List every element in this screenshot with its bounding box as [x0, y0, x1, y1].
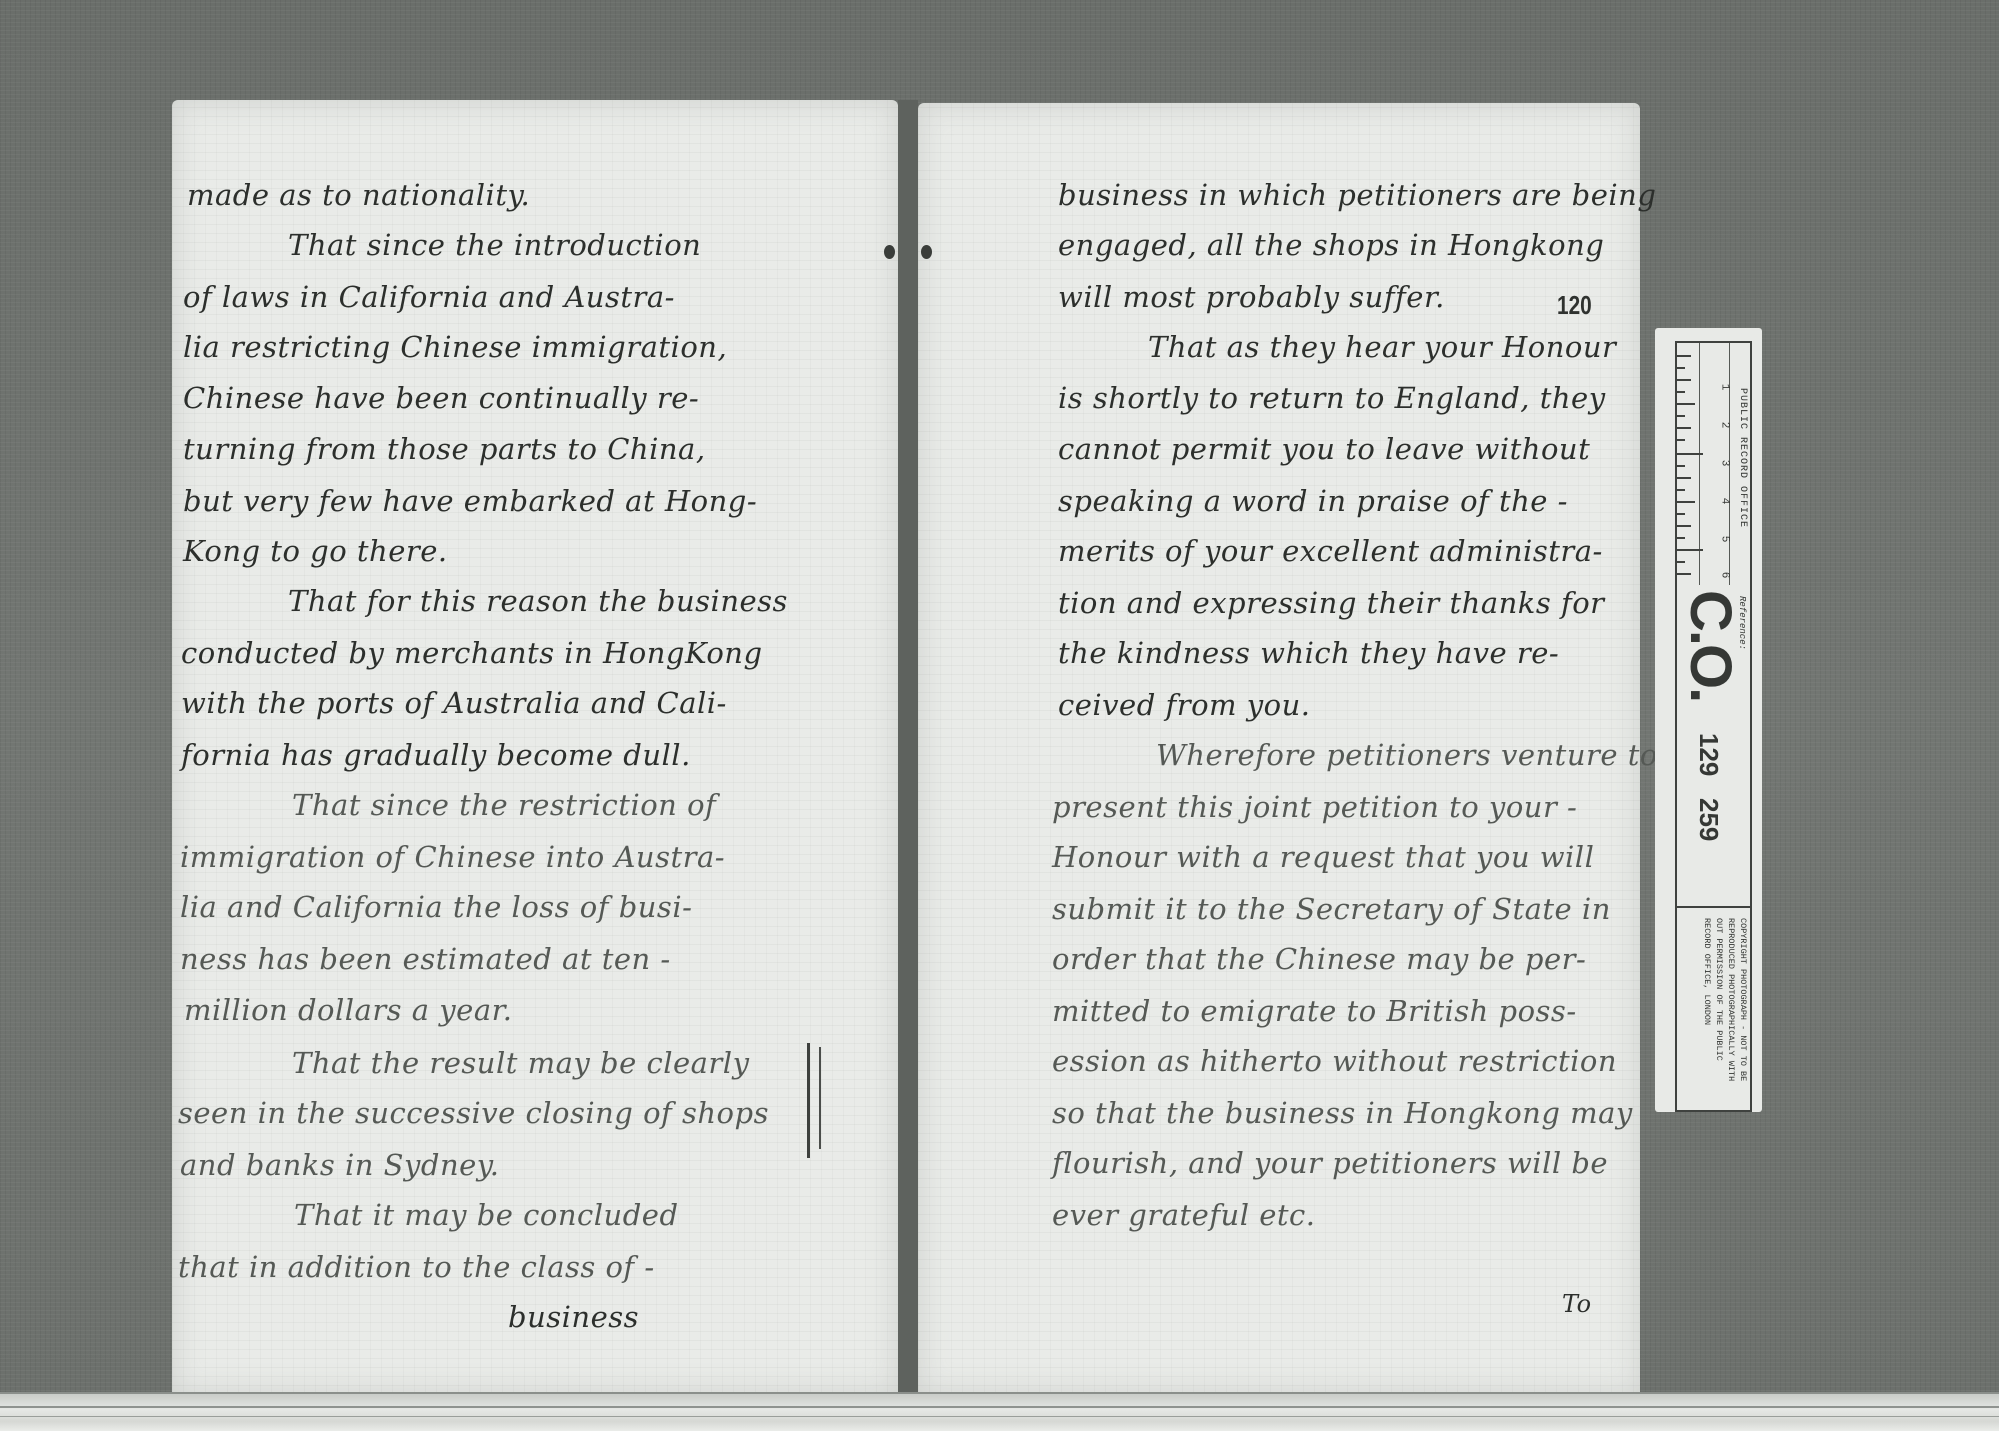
text-line: that in addition to the class of - [178, 1250, 655, 1284]
text-line: ness has been estimated at ten - [180, 942, 671, 976]
text-line: engaged, all the shops in Hongkong [1058, 228, 1604, 262]
text-line: mitted to emigrate to British poss- [1052, 994, 1577, 1028]
text-line: That for this reason the business [288, 584, 788, 618]
punch-hole-left [884, 245, 895, 259]
margin-mark [807, 1043, 810, 1158]
copyright-line: RECORD OFFICE, LONDON [1701, 918, 1712, 1025]
text-line: will most probably suffer. [1058, 280, 1445, 314]
text-line: That since the restriction of [292, 788, 716, 822]
text-line: of laws in California and Austra- [183, 280, 675, 314]
catchword: business [508, 1300, 639, 1334]
text-line: million dollars a year. [184, 993, 513, 1027]
binding-gutter [898, 100, 918, 1395]
folio-number: 120 [1557, 290, 1592, 321]
punch-hole-right [921, 245, 932, 259]
ruler-number: 5 [1718, 536, 1730, 543]
copyright-line: REPRODUCED PHOTOGRAPHICALLY WITH [1725, 918, 1736, 1081]
text-line: immigration of Chinese into Austra- [180, 840, 725, 874]
text-line: conducted by merchants in HongKong [181, 636, 763, 670]
scan-bottom-edge [0, 1392, 1999, 1431]
ruler-label: PUBLIC RECORD OFFICE [1737, 388, 1748, 528]
ruler-number: 3 [1718, 460, 1730, 467]
ruler-number: 6 [1718, 572, 1730, 579]
series-code: C.O. [1677, 590, 1744, 701]
text-line: That the result may be clearly [292, 1046, 749, 1080]
text-line: lia restricting Chinese immigration, [183, 330, 727, 364]
ruler-number: 4 [1718, 498, 1730, 505]
divider [1675, 906, 1752, 908]
text-line: Chinese have been continually re- [183, 381, 699, 415]
text-line: so that the business in Hongkong may [1052, 1096, 1633, 1130]
text-line: ever grateful etc. [1052, 1198, 1316, 1232]
text-line: made as to nationality. [187, 178, 530, 212]
text-line: cannot permit you to leave without [1058, 432, 1590, 466]
text-line: fornia has gradually become dull. [181, 738, 691, 772]
text-line: turning from those parts to China, [183, 432, 706, 466]
catchword: To [1562, 1290, 1592, 1318]
text-line: Kong to go there. [183, 534, 448, 568]
text-line: merits of your excellent administra- [1058, 534, 1603, 568]
text-line: Wherefore petitioners venture to [1156, 738, 1658, 772]
copyright-line: OUT PERMISSION OF THE PUBLIC [1713, 918, 1724, 1061]
reference-strip: 1 2 3 4 5 6 PUBLIC RECORD OFFICE Referen… [1655, 328, 1762, 1112]
text-line: seen in the successive closing of shops [178, 1096, 769, 1130]
text-line: tion and expressing their thanks for [1058, 586, 1605, 620]
text-line: speaking a word in praise of the - [1058, 484, 1568, 518]
ruler-number: 1 [1718, 384, 1730, 391]
text-line: is shortly to return to England, they [1058, 381, 1606, 415]
text-line: business in which petitioners are being [1058, 178, 1656, 212]
text-line: ession as hitherto without restriction [1052, 1044, 1617, 1078]
margin-mark [819, 1047, 821, 1149]
item-number: 259 [1693, 798, 1724, 841]
text-line: ceived from you. [1058, 688, 1311, 722]
text-line: but very few have embarked at Hong- [183, 484, 757, 518]
copyright-line: COPYRIGHT PHOTOGRAPH - NOT TO BE [1737, 918, 1748, 1081]
text-line: That it may be concluded [294, 1198, 679, 1232]
ruler-number: 2 [1718, 422, 1730, 429]
text-line: order that the Chinese may be per- [1052, 942, 1586, 976]
text-line: That since the introduction [288, 228, 701, 262]
text-line: Honour with a request that you will [1052, 840, 1594, 874]
text-line: present this joint petition to your - [1052, 790, 1577, 824]
text-line: with the ports of Australia and Cali- [181, 686, 727, 720]
text-line: flourish, and your petitioners will be [1052, 1146, 1608, 1180]
text-line: lia and California the loss of busi- [180, 890, 692, 924]
text-line: the kindness which they have re- [1058, 636, 1559, 670]
piece-number: 129 [1693, 733, 1724, 776]
text-line: submit it to the Secretary of State in [1052, 892, 1611, 926]
text-line: That as they hear your Honour [1148, 330, 1616, 364]
text-line: and banks in Sydney. [180, 1148, 500, 1182]
